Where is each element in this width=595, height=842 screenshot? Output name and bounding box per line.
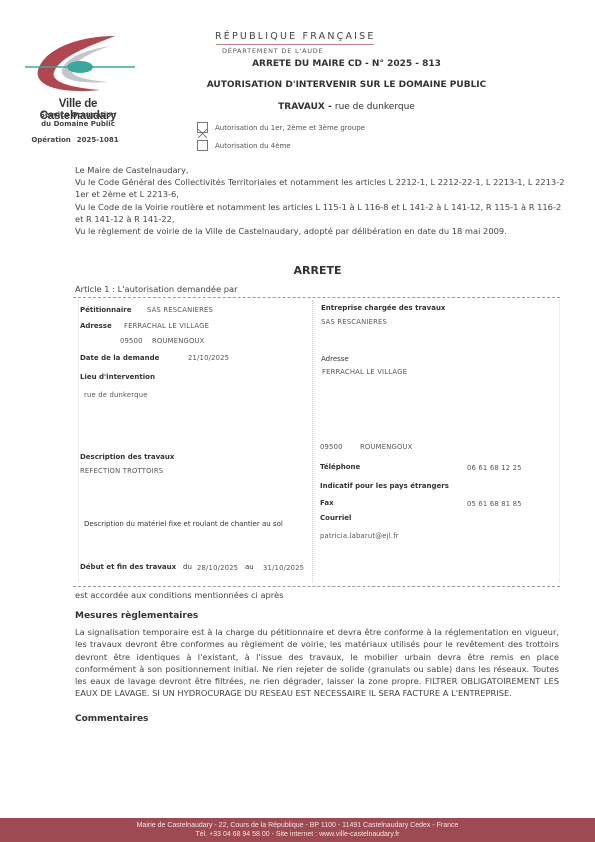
check-x-icon [198, 129, 207, 138]
adresse-label: Adresse [80, 322, 112, 330]
mesures-heading: Mesures règlementaires [75, 611, 198, 621]
courriel-label: Courriel [320, 514, 351, 522]
checkbox-groups-1-3[interactable] [197, 122, 208, 133]
works-label: TRAVAUX - [278, 102, 332, 112]
adresse-ville: ROUMENGOUX [152, 337, 205, 345]
preamble-line: Vu le Code Général des Collectivités Ter… [75, 176, 565, 200]
date-debut: 28/10/2025 [197, 564, 238, 572]
checkbox-label-groups-1-3: Autorisation du 1er, 2ème et 3ème groupe [215, 124, 365, 132]
indicatif-label: Indicatif pour les pays étrangers [320, 482, 449, 490]
description-value: REFECTION TROTTOIRS [80, 467, 163, 475]
preamble-line: Le Maire de Castelnaudary, [75, 164, 565, 176]
divider [559, 300, 560, 582]
petitionnaire-value: SAS RESCANIERES [147, 306, 213, 314]
checkbox-label-group-4: Autorisation du 4ème [215, 142, 291, 150]
arrete-heading: ARRETE [0, 264, 595, 277]
entreprise-label: Entreprise chargée des travaux [321, 304, 445, 312]
checkbox-group-4[interactable] [197, 140, 208, 151]
republic-heading: RÉPUBLIQUE FRANÇAISE [215, 31, 376, 42]
arrete-number: ARRETE DU MAIRE CD - N° 2025 - 813 [0, 59, 595, 69]
fax-value: 05 61 68 81 85 [467, 500, 522, 508]
date-demande-value: 21/10/2025 [188, 354, 229, 362]
adresse-cp: 09500 [120, 337, 143, 345]
preamble-line: Vu le règlement de voirie de la Ville de… [75, 225, 565, 237]
date-demande-label: Date de la demande [80, 354, 159, 362]
telephone-label: Téléphone [320, 463, 360, 471]
divider [312, 300, 313, 582]
operation-value: 2025-1081 [77, 136, 119, 144]
department: DÉPARTEMENT DE L'AUDE [222, 47, 324, 55]
du-label: du [183, 563, 192, 571]
adresse-label-right: Adresse [321, 355, 349, 363]
preamble-line: Vu le Code de la Voirie routière et nota… [75, 201, 565, 225]
divider [78, 300, 79, 582]
preamble: Le Maire de Castelnaudary, Vu le Code Gé… [75, 164, 565, 237]
adresse-ville-right: ROUMENGOUX [360, 443, 413, 451]
service-line-2: du Domaine Public [22, 120, 134, 129]
service-line-1: Service Occupation [22, 111, 134, 120]
commentaires-heading: Commentaires [75, 714, 148, 724]
operation-label: Opération [31, 136, 70, 144]
footer-address: Mairie de Castelnaudary - 22, Cours de l… [0, 821, 595, 830]
lieu-value: rue de dunkerque [84, 391, 148, 399]
footer-contact: Tél. +33 04 68 94 58 00 - Site internet … [0, 830, 595, 839]
materiel-label: Description du matériel fixe et roulant … [84, 520, 283, 528]
mesures-text: La signalisation temporaire est à la cha… [75, 626, 559, 700]
works-title: TRAVAUX - rue de dunkerque [0, 102, 595, 112]
conditions-text: est accordée aux conditions mentionnées … [75, 590, 283, 600]
lieu-label: Lieu d'intervention [80, 373, 155, 381]
periode-label: Début et fin des travaux [80, 563, 176, 571]
adresse-line1-right: FERRACHAL LE VILLAGE [322, 368, 407, 376]
entreprise-value: SAS RESCANIERES [321, 318, 387, 326]
adresse-line1: FERRACHAL LE VILLAGE [124, 322, 209, 330]
telephone-value: 06 61 68 12 25 [467, 464, 522, 472]
au-label: au [245, 563, 254, 571]
adresse-cp-right: 09500 [320, 443, 343, 451]
courriel-value[interactable]: patricia.labarut@ejl.fr [320, 532, 399, 540]
date-fin: 31/10/2025 [263, 564, 304, 572]
petitionnaire-label: Pétitionnaire [80, 306, 131, 314]
footer: Mairie de Castelnaudary - 22, Cours de l… [0, 818, 595, 842]
operation-number: Opération2025-1081 [22, 136, 134, 144]
divider [216, 44, 374, 45]
fax-label: Fax [320, 499, 334, 507]
description-label: Description des travaux [80, 453, 174, 461]
authorization-title: AUTORISATION D'INTERVENIR SUR LE DOMAINE… [0, 80, 595, 90]
works-location: rue de dunkerque [335, 102, 415, 112]
service-name: Service Occupation du Domaine Public [22, 111, 134, 129]
article-1: Article 1 : L'autorisation demandée par [75, 284, 238, 294]
request-details-box [73, 297, 560, 587]
